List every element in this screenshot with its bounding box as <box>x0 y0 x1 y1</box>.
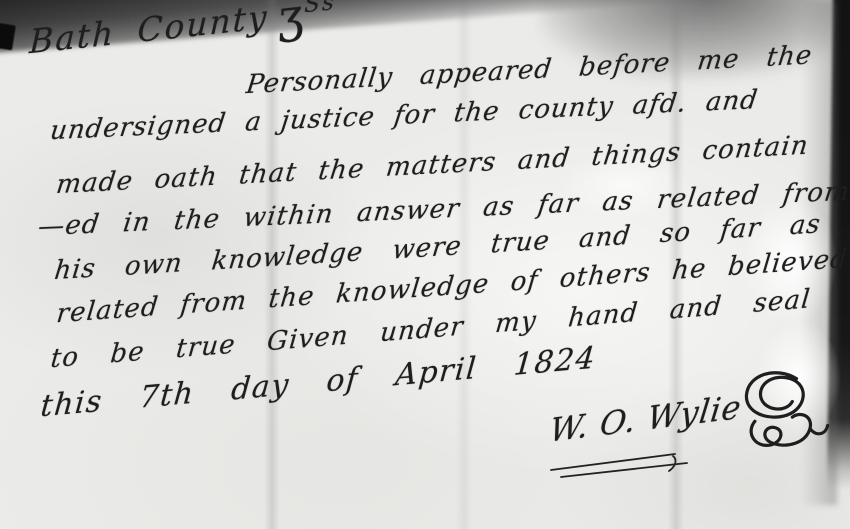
scanned-document: Bath CountyʒSs Personally appeared befor… <box>0 0 850 529</box>
affidavit-line-2: undersigned a justice for the county afd… <box>49 87 760 144</box>
signature-underline-flourish-icon <box>545 448 735 482</box>
scilicet-abbreviation: Ss <box>304 0 336 18</box>
justice-signature: W. O. Wylie <box>548 390 744 446</box>
seal-flourish-icon <box>732 366 836 462</box>
scilicet-brace-mark: ʒ <box>277 0 307 44</box>
